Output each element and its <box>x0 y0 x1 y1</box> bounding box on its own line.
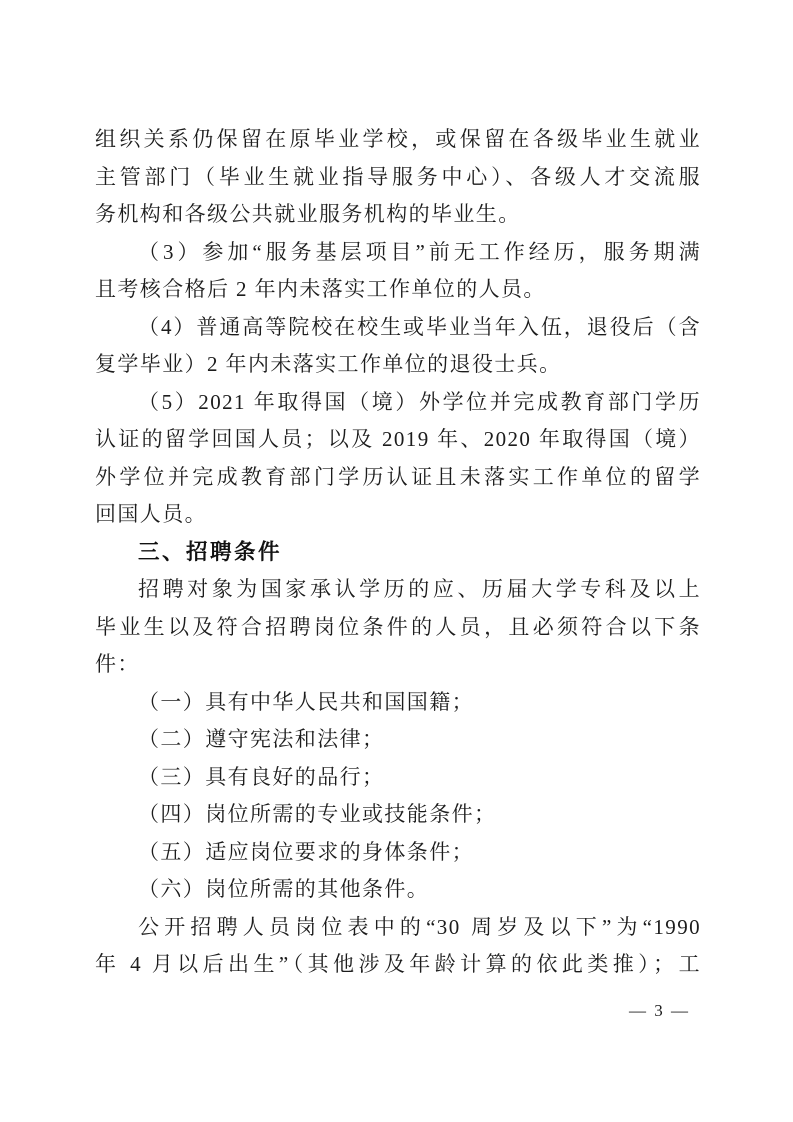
paragraph: （3）参加“服务基层项目”前无工作经历，服务期满且考核合格后 2 年内未落实工作… <box>95 234 701 309</box>
text-line: （三）具有良好的品行； <box>95 759 701 797</box>
text-line: （5）2021 年取得国（境）外学位并完成教育部门学历 <box>95 384 701 422</box>
paragraph: （4）普通高等院校在校生或毕业当年入伍，退役后（含复学毕业）2 年内未落实工作单… <box>95 309 701 384</box>
section-heading: 三、招聘条件 <box>95 534 701 572</box>
text-line: 回国人员。 <box>95 496 701 534</box>
text-line: （二）遵守宪法和法律； <box>95 721 701 759</box>
list-item: （四）岗位所需的专业或技能条件； <box>95 796 701 834</box>
text-line: 且考核合格后 2 年内未落实工作单位的人员。 <box>95 271 701 309</box>
paragraph-continuation: 组织关系仍保留在原毕业学校，或保留在各级毕业生就业主管部门（毕业生就业指导服务中… <box>95 121 701 234</box>
text-line: 认证的留学回国人员；以及 2019 年、2020 年取得国（境） <box>95 421 701 459</box>
text-line: 件： <box>95 646 701 684</box>
text-line: 毕业生以及符合招聘岗位条件的人员，且必须符合以下条 <box>95 609 701 647</box>
text-line: 三、招聘条件 <box>95 534 701 572</box>
text-line: （3）参加“服务基层项目”前无工作经历，服务期满 <box>95 234 701 272</box>
text-line: 组织关系仍保留在原毕业学校，或保留在各级毕业生就业 <box>95 121 701 159</box>
text-line: 主管部门（毕业生就业指导服务中心）、各级人才交流服 <box>95 159 701 197</box>
text-line: （四）岗位所需的专业或技能条件； <box>95 796 701 834</box>
list-item: （一）具有中华人民共和国国籍； <box>95 684 701 722</box>
text-line: 年 4 月以后出生”（其他涉及年龄计算的依此类推）；工 <box>95 946 701 984</box>
text-line: （一）具有中华人民共和国国籍； <box>95 684 701 722</box>
paragraph: 招聘对象为国家承认学历的应、历届大学专科及以上毕业生以及符合招聘岗位条件的人员，… <box>95 571 701 684</box>
text-line: （五）适应岗位要求的身体条件； <box>95 834 701 872</box>
page-number: — 3 — <box>629 997 690 1025</box>
paragraph: （5）2021 年取得国（境）外学位并完成教育部门学历认证的留学回国人员；以及 … <box>95 384 701 534</box>
document-body: 组织关系仍保留在原毕业学校，或保留在各级毕业生就业主管部门（毕业生就业指导服务中… <box>95 121 701 984</box>
text-line: 务机构和各级公共就业服务机构的毕业生。 <box>95 196 701 234</box>
text-line: （六）岗位所需的其他条件。 <box>95 871 701 909</box>
text-line: 招聘对象为国家承认学历的应、历届大学专科及以上 <box>95 571 701 609</box>
list-item: （六）岗位所需的其他条件。 <box>95 871 701 909</box>
text-line: （4）普通高等院校在校生或毕业当年入伍，退役后（含 <box>95 309 701 347</box>
list-item: （二）遵守宪法和法律； <box>95 721 701 759</box>
text-line: 外学位并完成教育部门学历认证且未落实工作单位的留学 <box>95 459 701 497</box>
document-page: 组织关系仍保留在原毕业学校，或保留在各级毕业生就业主管部门（毕业生就业指导服务中… <box>0 0 793 1122</box>
paragraph: 公开招聘人员岗位表中的“30 周岁及以下”为“1990年 4 月以后出生”（其他… <box>95 909 701 984</box>
list-item: （五）适应岗位要求的身体条件； <box>95 834 701 872</box>
text-line: 复学毕业）2 年内未落实工作单位的退役士兵。 <box>95 346 701 384</box>
list-item: （三）具有良好的品行； <box>95 759 701 797</box>
text-line: 公开招聘人员岗位表中的“30 周岁及以下”为“1990 <box>95 909 701 947</box>
